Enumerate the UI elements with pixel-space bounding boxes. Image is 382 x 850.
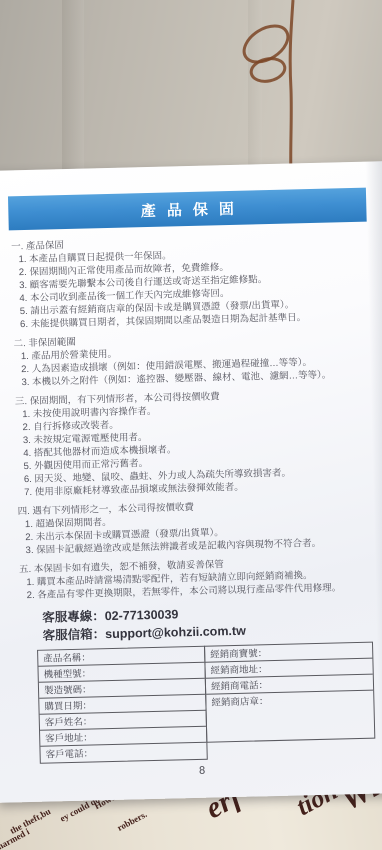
section-warranty: 一. 產品保固 1. 本產品自購買日起提供一年保固。 2. 保固期間內正常使用產… — [11, 232, 369, 332]
field-dealer-stamp: 經銷商店章： — [206, 691, 374, 742]
customer-service-contact: 客服專線：02-77130039 客服信箱：support@kohzii.com… — [42, 601, 377, 645]
decorative-cord — [0, 0, 382, 175]
table-right-column: 經銷商寶號： 經銷商地址： 經銷商電話： 經銷商店章： — [204, 642, 375, 743]
section-charged-during-warranty: 三. 保固期間，有下列情形者，本公司得按價收費 1. 未按使用說明書內容操作者。… — [15, 387, 373, 500]
warranty-terms: 一. 產品保固 1. 本產品自購買日起提供一年保固。 2. 保固期間內正常使用產… — [0, 221, 382, 783]
section-card-loss: 五. 本保固卡如有遺失，恕不補發，敬請妥善保管 1. 購買本產品時請當場清點零配… — [19, 555, 376, 603]
page-title: 產品保固 — [141, 197, 245, 221]
warranty-sheet: 產品保固 一. 產品保固 1. 本產品自購買日起提供一年保固。 2. 保固期間內… — [0, 161, 382, 803]
warranty-fill-in-table: 產品名稱： 機種型號： 製造號碼： 購買日期： 客戶姓名： 客戶地址： 客戶電話… — [37, 642, 376, 766]
section-not-covered: 二. 非保固範圍 1. 產品用於營業使用。 2. 人為因素造成損壞（例如：使用錯… — [13, 329, 370, 390]
newsprint-text: robbers. — [116, 809, 149, 833]
table-left-column: 產品名稱： 機種型號： 製造號碼： 購買日期： 客戶姓名： 客戶地址： 客戶電話… — [37, 646, 208, 764]
field-customer-phone: 客戶電話： — [40, 743, 206, 763]
section-charged-cases: 四. 遇有下列情形之一，本公司得按價收費 1. 超過保固期間者。 2. 未出示本… — [18, 497, 375, 558]
